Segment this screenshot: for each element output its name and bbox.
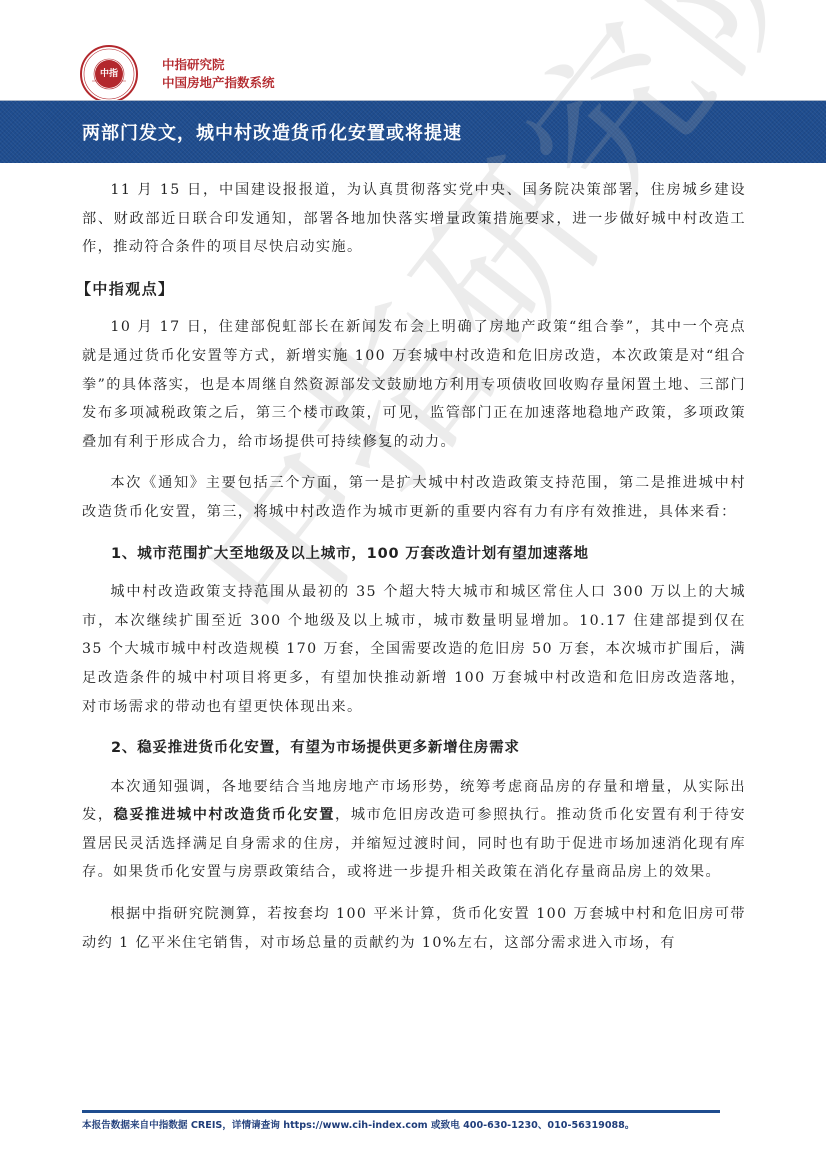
- section-2-heading: 2、稳妥推进货币化安置，有望为市场提供更多新增住房需求: [82, 734, 746, 763]
- report-header: 中指 中指研究院 中国房地产指数系统: [80, 46, 275, 96]
- viewpoint-paragraph-1: 10 月 17 日，住建部倪虹部长在新闻发布会上明确了房地产政策“组合拳”，其中…: [82, 313, 746, 456]
- cia-logo-icon: 中指: [80, 45, 138, 103]
- system-name: 中国房地产指数系统: [162, 74, 275, 92]
- viewpoint-paragraph-2: 本次《通知》主要包括三个方面，第一是扩大城中村改造政策支持范围，第二是推进城中村…: [82, 469, 746, 526]
- estimate-paragraph: 根据中指研究院测算，若按套均 100 平米计算，货币化安置 100 万套城中村和…: [82, 900, 746, 957]
- title-bar: 两部门发文，城中村改造货币化安置或将提速: [0, 100, 826, 163]
- article-body: 11 月 15 日，中国建设报报道，为认真贯彻落实党中央、国务院决策部署，住房城…: [82, 176, 746, 970]
- footer-divider: [82, 1110, 720, 1113]
- org-name: 中指研究院: [162, 56, 275, 74]
- section-1-heading: 1、城市范围扩大至地级及以上城市，100 万套改造计划有望加速落地: [82, 540, 746, 569]
- section-1-paragraph: 城中村改造政策支持范围从最初的 35 个超大特大城市和城区常住人口 300 万以…: [82, 578, 746, 721]
- footer-note: 本报告数据来自中指数据 CREIS，详情请查询 https://www.cih-…: [82, 1117, 634, 1131]
- section-2-paragraph: 本次通知强调，各地要结合当地房地产市场形势，统筹考虑商品房的存量和增量，从实际出…: [82, 773, 746, 887]
- article-title: 两部门发文，城中村改造货币化安置或将提速: [82, 119, 462, 145]
- org-block: 中指研究院 中国房地产指数系统: [162, 56, 275, 92]
- intro-paragraph: 11 月 15 日，中国建设报报道，为认真贯彻落实党中央、国务院决策部署，住房城…: [82, 176, 746, 262]
- section-2-emphasis: 稳妥推进城中村改造货币化安置: [114, 807, 335, 823]
- logo-center: 中指: [95, 60, 123, 88]
- viewpoint-heading: 【中指观点】: [76, 275, 746, 304]
